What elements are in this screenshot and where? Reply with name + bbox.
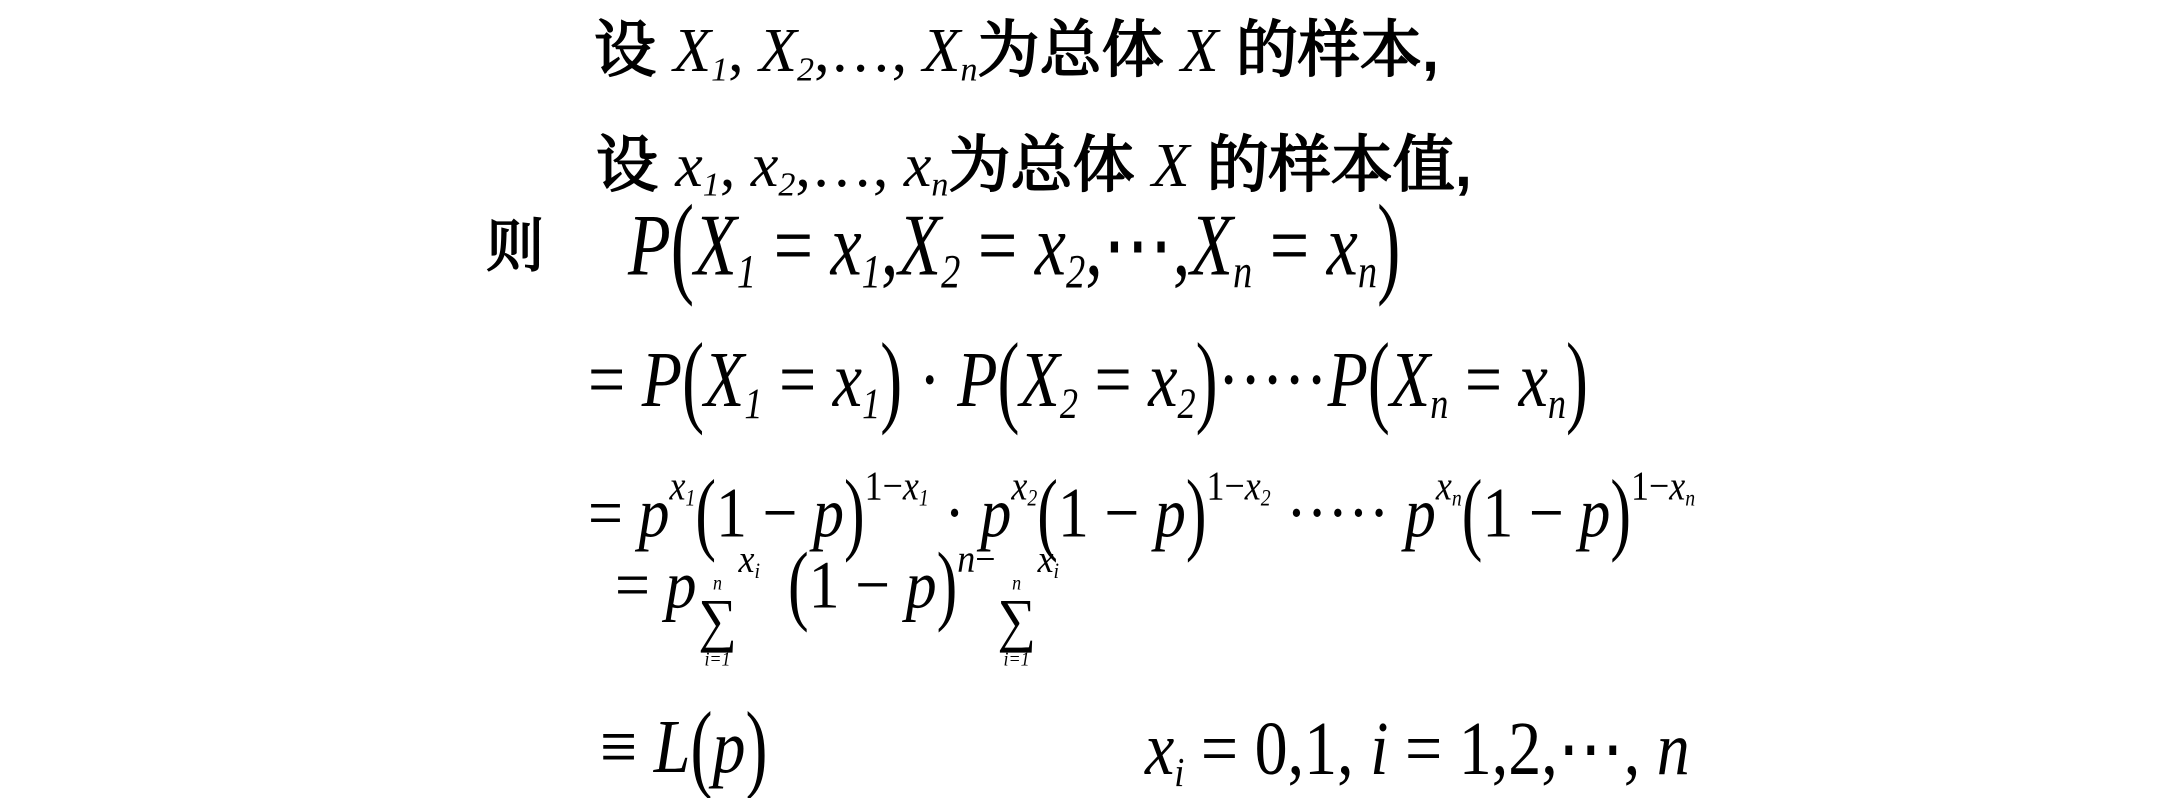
math-variable: x bbox=[1011, 463, 1027, 509]
subscript: 2 bbox=[1066, 246, 1085, 299]
math-variable: p bbox=[665, 548, 696, 623]
parenthesis: ( bbox=[1368, 329, 1390, 432]
math-variable: i bbox=[1370, 707, 1388, 791]
subscript: 2 bbox=[1261, 486, 1271, 511]
chinese-text: 设 bbox=[596, 131, 675, 200]
math-text: , bbox=[728, 17, 759, 85]
math-variable: x bbox=[1035, 198, 1066, 294]
parenthesis: ) bbox=[937, 541, 958, 630]
subscript: n bbox=[1685, 486, 1695, 511]
subscript: 2 bbox=[941, 246, 960, 299]
subscript: 2 bbox=[1027, 486, 1037, 511]
math-variable: P bbox=[957, 336, 997, 424]
chinese-text: 为总体 bbox=[948, 131, 1151, 200]
subscript: n bbox=[1452, 486, 1462, 511]
parenthesis: ( bbox=[671, 190, 694, 304]
parenthesis: ( bbox=[690, 699, 712, 798]
subscript: i bbox=[754, 559, 760, 583]
summation-sigma: n∑i=1 bbox=[698, 573, 736, 669]
parenthesis: ) bbox=[745, 699, 767, 798]
math-variable: X bbox=[1190, 198, 1233, 294]
math-variable: x bbox=[833, 336, 862, 424]
math-variable: x bbox=[751, 132, 779, 200]
parenthesis: ) bbox=[1610, 467, 1631, 560]
subscript: 1 bbox=[862, 246, 881, 299]
math-variable: x bbox=[904, 132, 932, 200]
subscript: n bbox=[1430, 380, 1448, 428]
parenthesis: ) bbox=[1377, 190, 1400, 304]
subscript: n bbox=[1233, 246, 1252, 299]
math-variable: p bbox=[1579, 474, 1610, 552]
math-variable: x bbox=[1669, 463, 1685, 509]
superscript: n∑i=1xi bbox=[696, 537, 760, 581]
math-variable: x bbox=[831, 198, 862, 294]
subscript: i bbox=[1174, 749, 1184, 795]
subscript: n bbox=[960, 52, 977, 89]
subscript: 1 bbox=[744, 380, 762, 428]
slide-canvas: 设 X1, X2,…, Xn为总体 X 的样本, 设 x1, x2,…, xn为… bbox=[0, 0, 2166, 798]
math-variable: X bbox=[898, 198, 941, 294]
math-variable: x bbox=[1145, 707, 1174, 791]
math-variable: P bbox=[642, 336, 682, 424]
label-then: 则 bbox=[486, 218, 544, 276]
math-text: = bbox=[1448, 336, 1518, 424]
math-text: 1 − bbox=[1482, 474, 1579, 552]
math-text: = 0,1, bbox=[1184, 707, 1370, 791]
chinese-text: 的样本, bbox=[1219, 16, 1439, 85]
math-variable: X bbox=[1390, 336, 1430, 424]
math-variable: n bbox=[1657, 707, 1690, 791]
math-text: · bbox=[902, 336, 957, 424]
math-variable: L bbox=[654, 705, 691, 789]
superscript: 1−xn bbox=[1631, 463, 1695, 509]
math-text: = bbox=[615, 548, 665, 623]
parenthesis: ( bbox=[682, 329, 704, 432]
math-variable: p bbox=[712, 705, 745, 789]
math-variable: x bbox=[1245, 463, 1261, 509]
subscript: 1 bbox=[862, 380, 880, 428]
subscript: n bbox=[1548, 380, 1566, 428]
math-text: ,⋯, bbox=[1085, 198, 1190, 294]
math-text: ····· bbox=[1218, 336, 1328, 424]
math-variable: X bbox=[923, 17, 961, 85]
parenthesis: ( bbox=[1462, 467, 1483, 560]
math-text: 1− bbox=[1207, 463, 1245, 509]
superscript: xn bbox=[1436, 463, 1462, 509]
math-text: = bbox=[960, 198, 1034, 294]
subscript: 2 bbox=[797, 52, 814, 89]
math-variable: X bbox=[673, 17, 711, 85]
math-text: = bbox=[756, 198, 830, 294]
line-sample-definition: 设 X1, X2,…, Xn为总体 X 的样本, bbox=[594, 20, 1439, 88]
math-variable: p bbox=[1405, 474, 1436, 552]
math-variable: x bbox=[669, 463, 685, 509]
math-text: 1 − bbox=[1058, 474, 1155, 552]
math-variable: x bbox=[739, 537, 755, 581]
math-variable: x bbox=[1148, 336, 1177, 424]
subscript: 1 bbox=[919, 486, 929, 511]
math-text: ····· bbox=[1271, 474, 1405, 552]
math-variable: p bbox=[906, 548, 937, 623]
math-text: , bbox=[720, 132, 751, 200]
subscript: 2 bbox=[1178, 380, 1196, 428]
math-variable: x bbox=[1038, 537, 1054, 581]
math-text: = bbox=[763, 336, 833, 424]
math-variable: x bbox=[903, 463, 919, 509]
parenthesis: ) bbox=[1186, 467, 1207, 560]
math-variable: X bbox=[1152, 132, 1190, 200]
math-text: 1 − bbox=[809, 548, 906, 623]
math-text: ,…, bbox=[814, 17, 923, 85]
subscript: 1 bbox=[685, 486, 695, 511]
math-text: = 1,2,⋯, bbox=[1388, 707, 1656, 791]
chinese-text: 为总体 bbox=[978, 16, 1181, 85]
superscript: 1−x1 bbox=[865, 463, 929, 509]
math-text: , bbox=[881, 198, 899, 294]
formula-power-sum: = pn∑i=1xi(1 − p)n−n∑i=1xi bbox=[615, 540, 1059, 669]
formula-likelihood-definition: ≡ L(p) bbox=[600, 710, 767, 786]
parenthesis: ( bbox=[998, 329, 1020, 432]
math-variable: P bbox=[628, 198, 671, 294]
math-variable: n bbox=[957, 537, 975, 581]
math-text: ,…, bbox=[795, 132, 904, 200]
math-text: 1− bbox=[865, 463, 903, 509]
subscript: i bbox=[1054, 559, 1060, 583]
math-text: − bbox=[975, 537, 995, 581]
chinese-text: 的样本值, bbox=[1190, 131, 1472, 200]
subscript: 2 bbox=[1060, 380, 1078, 428]
math-text: = bbox=[1078, 336, 1148, 424]
math-text: = bbox=[1252, 198, 1326, 294]
math-variable: p bbox=[1155, 474, 1186, 552]
math-variable: X bbox=[704, 336, 744, 424]
math-text: 1− bbox=[1631, 463, 1669, 509]
math-text: = bbox=[588, 336, 642, 424]
summation-sigma: n∑i=1 bbox=[997, 573, 1035, 669]
math-variable: x bbox=[1327, 198, 1358, 294]
math-text: ≡ bbox=[600, 705, 654, 789]
subscript: 1 bbox=[711, 52, 728, 89]
formula-product-expansion: = P(X1 = x1) · P(X2 = x2)·····P(Xn = xn) bbox=[588, 341, 1588, 426]
math-variable: x bbox=[1436, 463, 1452, 509]
superscript: x2 bbox=[1011, 463, 1037, 509]
superscript: 1−x2 bbox=[1207, 463, 1271, 509]
math-variable: X bbox=[1181, 17, 1219, 85]
superscript: x1 bbox=[669, 463, 695, 509]
subscript: n bbox=[1358, 246, 1377, 299]
formula-domain-condition: xi = 0,1, i = 1,2,⋯, n bbox=[1145, 712, 1690, 793]
math-variable: x bbox=[1519, 336, 1548, 424]
parenthesis: ) bbox=[1566, 329, 1588, 432]
math-variable: P bbox=[1328, 336, 1368, 424]
parenthesis: ( bbox=[788, 541, 809, 630]
math-variable: X bbox=[694, 198, 737, 294]
parenthesis: ) bbox=[880, 329, 902, 432]
formula-joint-probability: P(X1 = x1,X2 = x2,⋯,Xn = xn) bbox=[628, 203, 1400, 297]
subscript: 1 bbox=[737, 246, 756, 299]
line-sample-values-definition: 设 x1, x2,…, xn为总体 X 的样本值, bbox=[596, 135, 1472, 203]
parenthesis: ) bbox=[1196, 329, 1218, 432]
chinese-text: 设 bbox=[594, 16, 673, 85]
math-variable: X bbox=[759, 17, 797, 85]
superscript: n−n∑i=1xi bbox=[957, 537, 1059, 581]
math-variable: X bbox=[1020, 336, 1060, 424]
